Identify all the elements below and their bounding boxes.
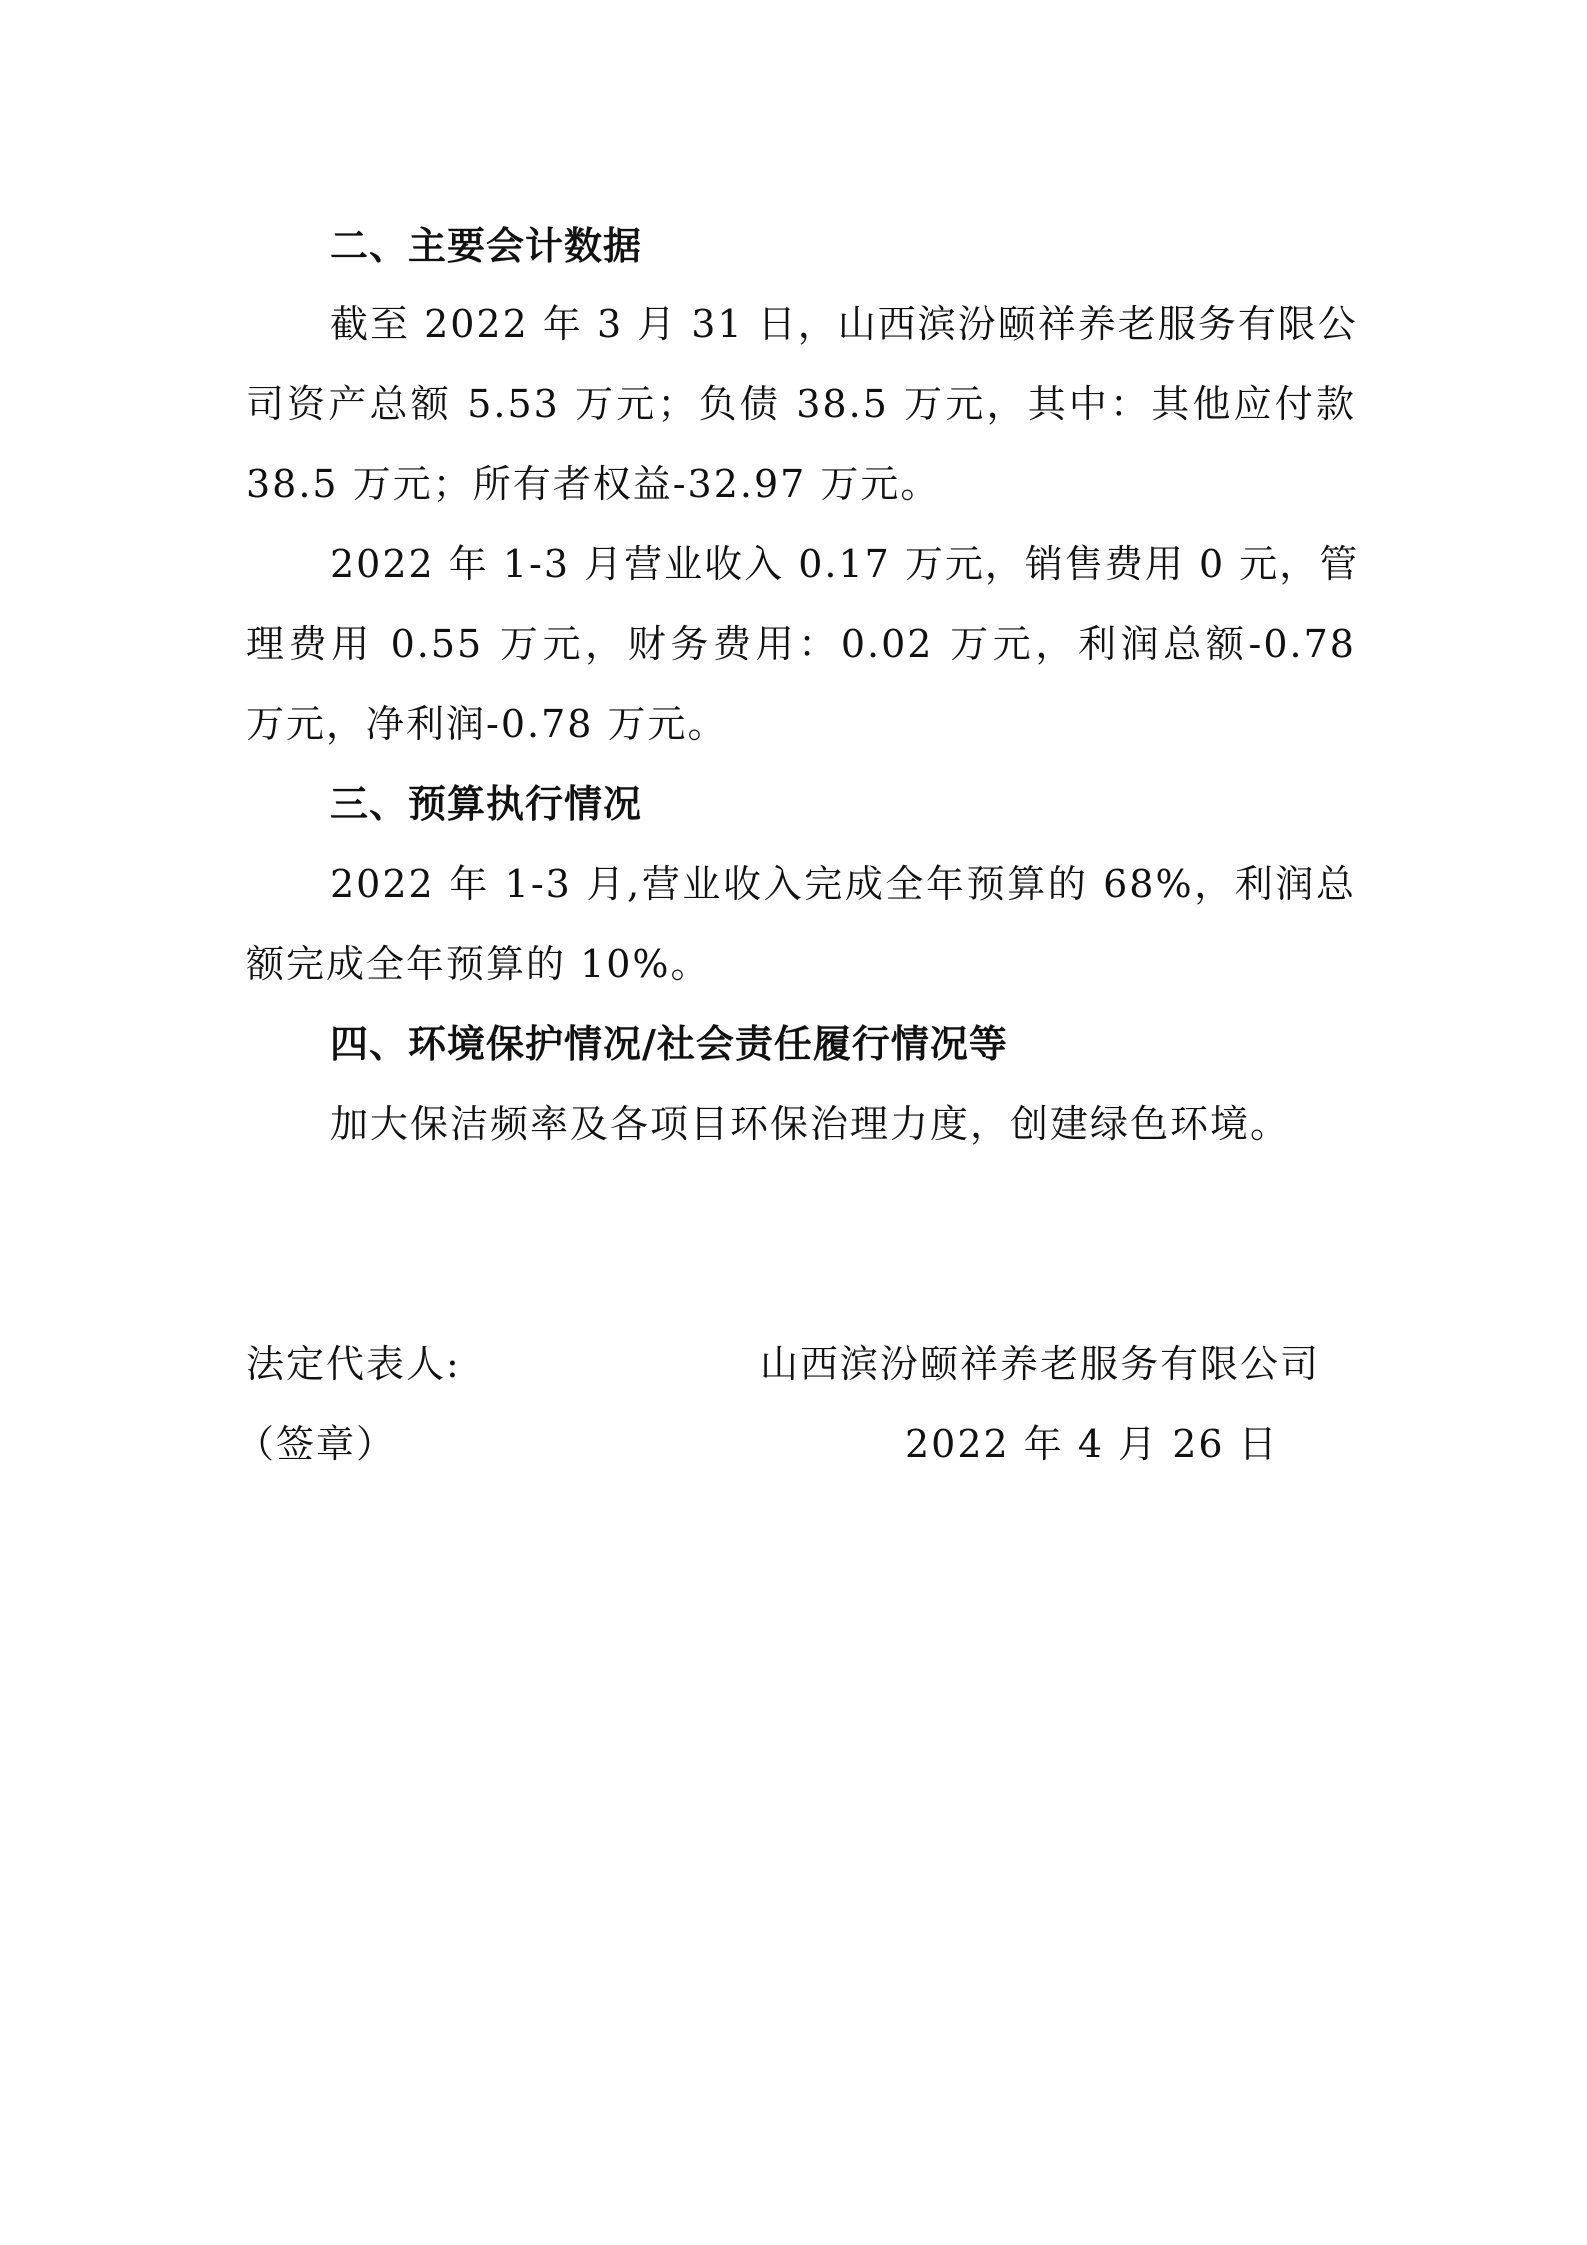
seal-label: （签章） <box>236 1420 396 1468</box>
signature-date: 2022 年 4 月 26 日 <box>905 1420 1279 1468</box>
paragraph-line: 额完成全年预算的 10%。 <box>246 940 1356 988</box>
legal-representative-label: 法定代表人: <box>246 1340 461 1388</box>
paragraph-line: 38.5 万元；所有者权益-32.97 万元。 <box>246 460 1356 508</box>
section-heading-budget-execution: 三、预算执行情况 <box>330 780 1440 828</box>
paragraph-line: 2022 年 1-3 月,营业收入完成全年预算的 68%，利润总 <box>330 860 1356 908</box>
paragraph-line: 加大保洁频率及各项目环保治理力度，创建绿色环境。 <box>330 1100 1440 1148</box>
paragraph-line: 2022 年 1-3 月营业收入 0.17 万元，销售费用 0 元，管 <box>330 540 1356 588</box>
company-name: 山西滨汾颐祥养老服务有限公司 <box>760 1340 1320 1388</box>
section-heading-accounting-data: 二、主要会计数据 <box>330 222 1440 270</box>
paragraph-line: 司资产总额 5.53 万元；负债 38.5 万元，其中：其他应付款 <box>246 380 1356 428</box>
paragraph-line: 截至 2022 年 3 月 31 日，山西滨汾颐祥养老服务有限公 <box>330 300 1356 348</box>
paragraph-line: 理费用 0.55 万元，财务费用：0.02 万元，利润总额-0.78 <box>246 620 1356 668</box>
paragraph-line: 万元，净利润-0.78 万元。 <box>246 700 1356 748</box>
document-page: 二、主要会计数据 截至 2022 年 3 月 31 日，山西滨汾颐祥养老服务有限… <box>0 0 1587 2245</box>
section-heading-environment-social: 四、环境保护情况/社会责任履行情况等 <box>330 1020 1440 1068</box>
